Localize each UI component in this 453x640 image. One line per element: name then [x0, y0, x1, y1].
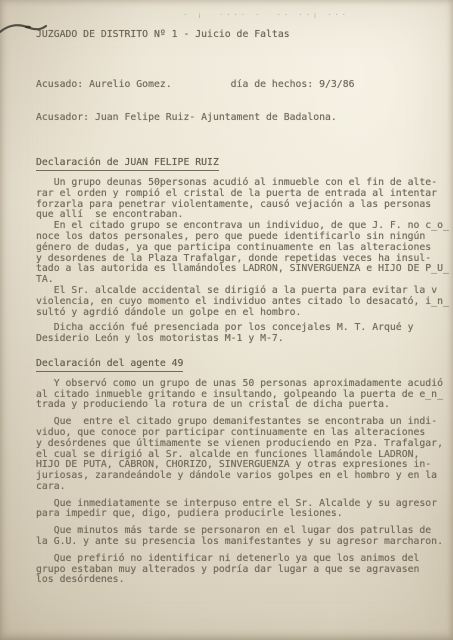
paragraph: Que prefirió no identificar ni detenerlo…: [36, 554, 450, 586]
paragraph: Un grupo deunas 50personas acudió al inm…: [36, 178, 450, 221]
section-heading: Declaración del agente 49: [36, 359, 183, 372]
document-page: · ¡ ···· · ·· ··¡ ··· JUZGADO DE DISTRIT…: [0, 0, 453, 640]
section-heading-row: Declaración de JUAN FELIPE RUIZ: [36, 158, 450, 171]
paragraph: En el citado grupo se encontrava un indi…: [36, 221, 450, 286]
paragraph: Dicha acción fué presenciada por los con…: [36, 323, 450, 345]
paragraph: El Sr. alcalde accidental se dirigió a l…: [36, 286, 450, 318]
paragraph: Que minutos más tarde se personaron en e…: [36, 526, 450, 548]
paragraph: Que entre el citado grupo demanifestante…: [36, 417, 450, 493]
case-info: Acusado: Aurelio Gomez. día de hechos: 9…: [36, 59, 450, 145]
section-declaration-agente-49: Declaración del agente 49 Y observó como…: [36, 359, 450, 586]
typewritten-document: JUZGADO DE DISTRITO Nº 1 - Juicio de Fal…: [36, 30, 450, 592]
section-heading: Declaración de JUAN FELIPE RUIZ: [36, 158, 219, 171]
accused-line: Acusado: Aurelio Gomez. día de hechos: 9…: [36, 80, 450, 91]
document-title: JUZGADO DE DISTRITO Nº 1 - Juicio de Fal…: [36, 30, 450, 41]
paragraph: Y observó como un grupo de unas 50 perso…: [36, 379, 450, 411]
accuser-line: Acusador: Juan Felipe Ruiz- Ajuntament d…: [36, 113, 450, 124]
faint-ink-imprint: · ¡ ···· · ·· ··¡ ···: [183, 11, 349, 19]
paragraph: Que inmediatamente se interpuso entre el…: [36, 499, 450, 521]
section-declaration-juan-felipe-ruiz: Declaración de JUAN FELIPE RUIZ Un grupo…: [36, 158, 450, 345]
section-heading-row: Declaración del agente 49: [36, 359, 450, 372]
